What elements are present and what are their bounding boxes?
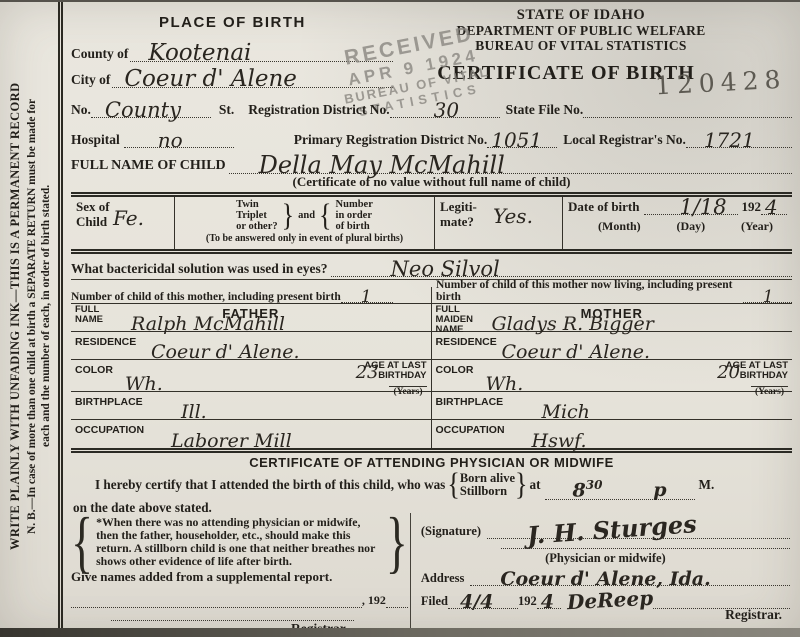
place-of-birth-heading: PLACE OF BIRTH [159, 14, 306, 31]
month-caption: (Month) [598, 219, 641, 234]
registration-row: No. County St. Registration District No.… [71, 102, 792, 118]
registrar-right-label: Registrar. [725, 607, 782, 623]
birth-certificate-scan: WRITE PLAINLY WITH UNFADING INK—THIS IS … [0, 0, 800, 637]
brace-open: { [319, 198, 331, 234]
primary-district-handwriting: 1051 [491, 128, 542, 152]
date-blank-row: , 192 [71, 593, 408, 608]
dob-year-handwriting: 4 [765, 195, 778, 219]
dob-handwriting: 1/18 [680, 195, 727, 219]
count-living: Number of child of this mother now livin… [436, 279, 792, 303]
signature-row: (Signature) J. H. Sturges [421, 517, 790, 539]
time-field: 830 p [545, 485, 695, 500]
filed-year-handwriting: 4 [541, 591, 554, 613]
dob-captions: (Month) (Day) (Year) [568, 215, 787, 234]
born-alive-brace-group: { Born alive Stillborn } [447, 470, 527, 500]
mother-birthplace-row: BIRTHPLACE Mich [432, 392, 793, 420]
day-caption: (Day) [677, 219, 706, 234]
certify-line-1: I hereby certify that I attended the bir… [73, 470, 790, 500]
certificate-form: PLACE OF BIRTH County of Kootenai City o… [58, 2, 800, 630]
state-file-label: State File No. [506, 102, 584, 118]
sex-cell: Sex of Child Fe. [71, 197, 175, 249]
reg-district-label: Registration District No. [248, 102, 389, 118]
dob-label: Date of birth [568, 199, 640, 215]
child-name-label: FULL NAME OF CHILD [71, 158, 226, 174]
mother-occupation-handwriting: Hswf. [532, 430, 587, 452]
local-registrar-handwriting: 1721 [704, 128, 755, 152]
certify-text: I hereby certify that I attended the bir… [73, 477, 445, 493]
county-handwriting: Kootenai [148, 40, 251, 66]
no-label: No. [71, 102, 91, 118]
address-label: Address [421, 571, 465, 586]
brace-close: } [282, 198, 294, 234]
legitimate-cell: Legiti- mate? Yes. [435, 197, 563, 249]
at-label: at [530, 477, 541, 493]
mother-occupation-row: OCCUPATION Hswf. [432, 420, 793, 448]
eyes-row: What bactericidal solution was used in e… [71, 254, 792, 280]
stillborn-note-block: { *When there was no attending physician… [71, 515, 408, 568]
hospital-handwriting: no [158, 128, 183, 152]
brace-close: } [386, 502, 408, 582]
primary-district-field: 1051 [487, 133, 557, 148]
mother-color-age-row: COLOR Wh. 20 AGE AT LAST BIRTHDAY (Years… [432, 360, 793, 392]
mother-occupation-label: OCCUPATION [436, 421, 789, 436]
eyes-handwriting: Neo Silvol [391, 257, 500, 281]
state-line: STATE OF IDAHO [401, 8, 761, 23]
st-label: St. [219, 102, 234, 118]
footer-section: { *When there was no attending physician… [71, 513, 792, 630]
number-order-label: Number in order of birth [336, 199, 373, 232]
date-blank-field [71, 593, 362, 608]
header-section: PLACE OF BIRTH County of Kootenai City o… [71, 6, 792, 120]
father-birthplace-row: BIRTHPLACE Ill. [71, 392, 431, 420]
local-registrar-label: Local Registrar's No. [563, 132, 686, 148]
divider [431, 287, 432, 303]
parents-table: FATHER FULL NAME Ralph McMahill RESIDENC… [71, 303, 792, 448]
time-handwriting: 830 [573, 478, 603, 501]
father-color-age-row: COLOR Wh. 23 AGE AT LAST BIRTHDAY (Years… [71, 360, 431, 392]
reg-district-handwriting: 30 [434, 98, 459, 122]
registrar-signature-handwriting: DeReep [566, 586, 653, 614]
local-registrar-field: 1721 [686, 133, 792, 148]
and-label: and [298, 210, 315, 221]
margin-warning-text: WRITE PLAINLY WITH UNFADING INK—THIS IS … [8, 2, 23, 630]
father-occupation-row: OCCUPATION Laborer Mill [71, 420, 431, 448]
child-count-row: Number of child of this mother, includin… [71, 280, 792, 303]
year-caption: (Year) [741, 219, 773, 234]
address-row: Address Coeur d' Alene, Ida. [421, 568, 790, 586]
date-of-birth-cell: Date of birth 1/18 192 4 (Month) (Day) (… [563, 197, 792, 249]
scan-edge-artifact [0, 628, 800, 637]
physician-section-title: CERTIFICATE OF ATTENDING PHYSICIAN OR MI… [71, 453, 792, 469]
filed-row: Filed 4/4 192 4 DeReep [421, 588, 790, 609]
brace-open: { [447, 467, 459, 503]
twin-label: Twin Triplet or other? [236, 199, 278, 232]
street-no-handwriting: County [105, 98, 181, 122]
reg-district-field: 30 [390, 103, 500, 118]
father-column: FATHER FULL NAME Ralph McMahill RESIDENC… [71, 304, 432, 448]
plural-note: (To be answered only in event of plural … [180, 233, 429, 244]
certify-statement: I hereby certify that I attended the bir… [71, 469, 792, 513]
legitimate-handwriting: Yes. [493, 209, 533, 224]
year-blank-field [386, 593, 408, 608]
dob-line: Date of birth 1/18 192 4 [568, 199, 787, 215]
dob-field: 1/18 [644, 200, 738, 215]
mother-column: MOTHER FULL MAIDEN NAME Gladys R. Bigger… [432, 304, 793, 448]
filed-label: Filed [421, 594, 448, 609]
footer-right-column: (Signature) J. H. Sturges (Physician or … [410, 513, 792, 630]
supplemental-text: Give names added from a supplemental rep… [71, 569, 408, 585]
left-margin: WRITE PLAINLY WITH UNFADING INK—THIS IS … [0, 2, 58, 630]
state-file-field [583, 103, 792, 118]
mother-birthplace-label: BIRTHPLACE [436, 393, 789, 408]
city-label: City of [71, 72, 110, 88]
county-label: County of [71, 46, 128, 62]
sex-handwriting: Fe. [113, 211, 144, 226]
eyes-field: Neo Silvol [331, 262, 792, 277]
hospital-label: Hospital [71, 132, 120, 148]
hospital-row: Hospital no Primary Registration Distric… [71, 122, 792, 148]
dob-year-field: 4 [761, 200, 787, 215]
city-handwriting: Coeur d' Alene [124, 66, 297, 92]
count-including-label: Number of child of this mother, includin… [71, 291, 341, 303]
ampm-handwriting: p [653, 479, 666, 501]
born-alive-options: Born alive Stillborn [460, 472, 515, 498]
signature-label: (Signature) [421, 524, 481, 539]
count-including-field: 1 [341, 288, 393, 303]
hospital-field: no [124, 133, 234, 148]
child-name-handwriting: Della May McMahill [259, 151, 505, 179]
plural-birth-cell: Twin Triplet or other? } and { Number in… [175, 197, 435, 249]
m-label: M. [699, 477, 715, 493]
footer-left-column: { *When there was no attending physician… [71, 513, 410, 630]
count-including: Number of child of this mother, includin… [71, 288, 427, 303]
mother-name-row: MOTHER FULL MAIDEN NAME Gladys R. Bigger [432, 304, 793, 332]
filed-year-prefix: 192 [518, 594, 537, 609]
birth-details-row: Sex of Child Fe. Twin Triplet or other? … [71, 197, 792, 249]
father-birthplace-label: BIRTHPLACE [75, 393, 427, 408]
count-living-label: Number of child of this mother now livin… [436, 279, 743, 303]
address-handwriting: Coeur d' Alene, Ida. [500, 568, 710, 590]
certificate-number-stamp: 120428 [654, 65, 787, 101]
filed-date-field: 4/4 [448, 594, 518, 609]
child-name-field: Della May McMahill [229, 159, 792, 174]
primary-district-label: Primary Registration District No. [294, 132, 487, 148]
plural-birth-labels: Twin Triplet or other? } and { Number in… [180, 199, 429, 232]
brace-close: } [515, 467, 527, 503]
dob-year-prefix: 192 [742, 199, 762, 215]
filed-year-field: 4 [537, 594, 561, 609]
address-field: Coeur d' Alene, Ida. [470, 568, 790, 586]
eyes-label: What bactericidal solution was used in e… [71, 261, 328, 277]
street-no-field: County [91, 103, 211, 118]
mother-residence-row: RESIDENCE Coeur d' Alene. [432, 332, 793, 360]
margin-nb-text-2: each and the number of each, in order of… [40, 2, 52, 630]
margin-nb-text-1: N. B.—In case of more than one child at … [26, 2, 38, 630]
father-residence-row: RESIDENCE Coeur d' Alene. [71, 332, 431, 360]
father-occupation-handwriting: Laborer Mill [171, 430, 292, 452]
stillborn-note-text: *When there was no attending physician o… [93, 516, 386, 568]
year-blank-label: , 192 [362, 593, 386, 608]
signature-field: J. H. Sturges [487, 517, 790, 539]
filed-date-handwriting: 4/4 [460, 591, 493, 613]
physician-or-midwife-label: (Physician or midwife) [421, 551, 790, 566]
brace-open: { [71, 502, 93, 582]
father-name-row: FATHER FULL NAME Ralph McMahill [71, 304, 431, 332]
count-living-field: 1 [743, 288, 792, 303]
